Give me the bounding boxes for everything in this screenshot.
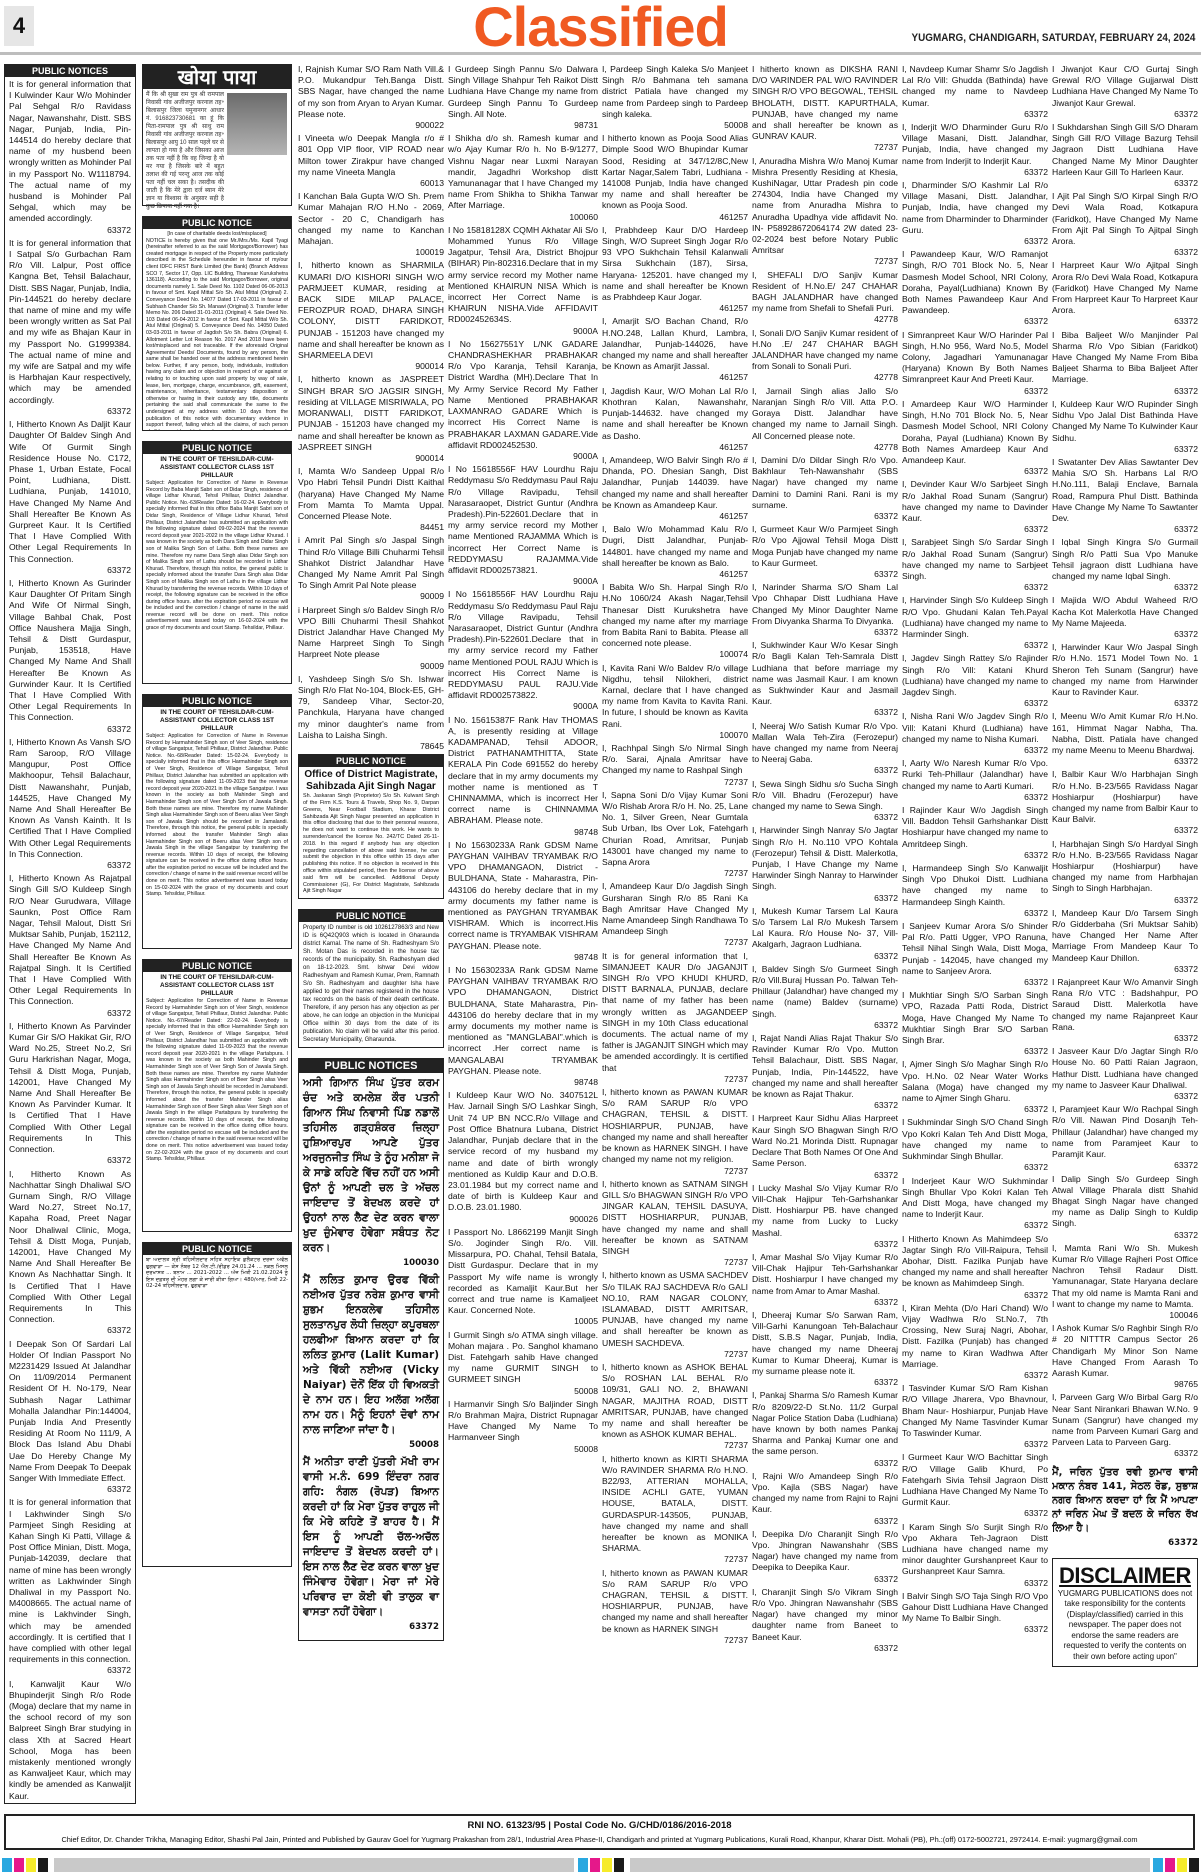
- ad-code: 63372: [902, 792, 1048, 803]
- classified-ad: I Swatanter Dev Alias Sawtanter Dev Mahi…: [1052, 457, 1198, 535]
- ad-code: 100070: [602, 730, 748, 741]
- classified-ad: I No 15627551Y L/NK GADARE CHANDRASHEKHA…: [448, 339, 598, 462]
- ad-text: i Harpreet Singh s/o Baldev Singh R/o VP…: [298, 605, 444, 661]
- ad-text: I, Ajmer Singh S/o Maghar Singh R/o Vpo.…: [902, 1059, 1048, 1104]
- ad-text: I Majida W/O Abdul Waheed R/O Kacha Kot …: [1052, 595, 1198, 629]
- classified-ad: I No. 15615387F Rank Hav THOMAS A, is pr…: [448, 715, 598, 838]
- classified-ad: I Balvir Singh S/O Taja Singh R/O Vpo Ga…: [902, 1591, 1048, 1636]
- ad-code: 100019: [298, 247, 444, 258]
- ad-code: 100060: [448, 212, 598, 223]
- ad-code: 63372: [1052, 1448, 1198, 1459]
- ad-text: I, Hitherto Known As Parvinder Kumar Gir…: [9, 1021, 131, 1155]
- classified-ad: It is for general information that I, SI…: [602, 951, 748, 1085]
- ad-code: 63372: [752, 893, 898, 904]
- ad-code: 78645: [298, 741, 444, 752]
- ad-text: I, Mamta Rani W/o Sh. Mukesh Kumar R/o V…: [1052, 1243, 1198, 1310]
- ad-code: 63372: [9, 1155, 131, 1166]
- classified-ad: I, Mamta Rani W/o Sh. Mukesh Kumar R/o V…: [1052, 1243, 1198, 1321]
- ad-code: 50008: [448, 1444, 598, 1455]
- classified-ad: I, hitherto known as JASPREET SINGH BRAR…: [298, 374, 444, 464]
- ad-code: 72737: [752, 142, 898, 153]
- ad-code: 63372: [9, 724, 131, 735]
- ad-text: I, Kavita Rani W/o Baldev R/o village Ni…: [602, 663, 748, 730]
- ad-text: I Rajinder Kaur W/o Jagdish Singh Vill. …: [902, 805, 1048, 850]
- column-public-notices: PUBLIC NOTICES It is for general informa…: [4, 64, 136, 1804]
- ad-text: I, Amar Mashal S/o Vijay Kumar R/o Vill-…: [752, 1252, 898, 1297]
- ad-text: It is for general information that I Sat…: [9, 238, 131, 406]
- notice-header: PUBLIC NOTICE: [299, 755, 443, 767]
- ad-text: I, Rajat Nandi Alias Rajat Thakur S/o Ra…: [752, 1033, 898, 1100]
- yellow-swatch: [1177, 1858, 1187, 1872]
- ad-code: 63372: [752, 1516, 898, 1527]
- ad-text: I, hitherto known as KIRTI SHARMA W/o RA…: [602, 1454, 748, 1555]
- ad-code: 72737: [602, 868, 748, 879]
- classified-ad: I, Neeraj W/o Satish Kumar R/o Vpo. Mall…: [752, 721, 898, 777]
- ad-code: 72737: [602, 937, 748, 948]
- ad-code: 63372: [902, 466, 1048, 477]
- classified-ad: I, Rajni W/o Amandeep Singh R/o Vpo. Kaj…: [752, 1471, 898, 1527]
- classified-ad: I, Deepika D/o Charanjit Singh R/o Vpo. …: [752, 1529, 898, 1585]
- ad-text: I Balvir Singh S/O Taja Singh R/O Vpo Ga…: [902, 1591, 1048, 1625]
- ad-code: 63372: [1052, 444, 1198, 455]
- classified-ad: I Gurmeet Kaur W/O Bachittar Singh R/O V…: [902, 1452, 1048, 1519]
- ad-text: I, Hitherto Known As Daljit Kaur Daughte…: [9, 419, 131, 565]
- classified-ad: I Harpreet Kaur W/o Ajitpal Singh Arora …: [1052, 260, 1198, 327]
- court-title: IN THE COURT OF TEHSILDAR-CUM-ASSISTANT …: [146, 709, 288, 733]
- ad-code: 63372: [9, 1325, 131, 1336]
- ad-text: I Sanjeev Kumar Arora S/o Shinder Pal R/…: [902, 921, 1048, 977]
- ad-code: 63372: [752, 1458, 898, 1469]
- ad-text: I, Aarty W/o Naresh Kumar R/o Vpo. Rurki…: [902, 758, 1048, 792]
- classified-ad: I No 15818128X CQMH Akhatar Ali S/o Moha…: [448, 225, 598, 337]
- public-notice-court-2: PUBLIC NOTICE IN THE COURT OF TEHSILDAR-…: [142, 694, 292, 949]
- ad-code: 98731: [448, 120, 598, 131]
- ad-code: 72737: [602, 1554, 748, 1565]
- cyan-swatch: [578, 1858, 588, 1872]
- classified-ad: I Simranpreet Kaur W/O Harinder Pal Sing…: [902, 330, 1048, 397]
- classified-ad: I, Dheeraj Kumar S/o Sarwan Ram, Vill-Ga…: [752, 1310, 898, 1388]
- ad-text: I, Sapna Soni D/o Vijay Kumar Soni W/o R…: [602, 790, 748, 868]
- ad-text: ਅਸੀ ਗਿਆਨ ਸਿੰਘ ਪੁੱਤਰ ਕਰਮ ਚੰਦ ਅਤੇ ਕਮਲੇਸ਼ ਕ…: [303, 1076, 439, 1256]
- ad-text: I, Narinder Sharma S/O Sham Lal Vpo Chha…: [752, 582, 898, 627]
- cyan-swatch: [1153, 1858, 1163, 1872]
- classified-ad: I, hitherto known as KIRTI SHARMA W/o RA…: [602, 1454, 748, 1566]
- classified-ad: ਮੈਂ ਅਨੀਤਾ ਰਾਣੀ ਪੁੱਤਰੀ ਮੱਖੀ ਰਾਮ ਵਾਸੀ ਮ.ਨੰ…: [303, 1455, 439, 1635]
- ad-code: 42778: [752, 442, 898, 453]
- cyan-swatch: [2, 1858, 12, 1872]
- classified-ad: I No 15618556F HAV Lourdhu Raju Reddymas…: [448, 589, 598, 712]
- classified-ad: I Kuldeep Kaur W/O No. 3407512L Hav. Jar…: [448, 1090, 598, 1224]
- classified-ad: I Inderjeet Kaur W/O Sukhmindar Singh Bh…: [902, 1176, 1048, 1232]
- ad-text: I Gurmit Singh s/o ATMA singh village. M…: [448, 1330, 598, 1386]
- ad-text: I, Gurmeet Kaur W/o Parmjeet Singh R/o V…: [752, 524, 898, 569]
- classified-ad: I Sanjeev Kumar Arora S/o Shinder Pal R/…: [902, 921, 1048, 988]
- ad-text: I Kuldeep Kaur W/O No. 3407512L Hav. Jar…: [448, 1090, 598, 1213]
- ad-code: 63372: [752, 1643, 898, 1654]
- classified-ad: I, Rajat Nandi Alias Rajat Thakur S/o Ra…: [752, 1033, 898, 1111]
- classified-ad: I, Kiran Mehta (D/o Hari Chand) W/o Vija…: [902, 1303, 1048, 1381]
- notice-body: NOTICE is hereby given that one Mr./Mrs.…: [146, 238, 288, 431]
- classified-ad: I, Pankaj Sharma S/o Ramesh Kumar R/o 82…: [752, 1390, 898, 1468]
- ad-text: I, Hitherto Known As Rajatpal Singh Gill…: [9, 873, 131, 1007]
- yellow-swatch: [602, 1858, 612, 1872]
- notice-body: Property ID number is old 1026127863/3 a…: [303, 924, 439, 1044]
- ad-text: I, Kiran Mehta (D/o Hari Chand) W/o Vija…: [902, 1303, 1048, 1370]
- ad-text: I Tasvinder Kumar S/O Ram Kishan R/O Vil…: [902, 1383, 1048, 1439]
- classified-ad: I Rajinder Kaur W/o Jagdish Singh Vill. …: [902, 805, 1048, 861]
- ad-code: 63372: [1052, 582, 1198, 593]
- ad-code: 63372: [752, 765, 898, 776]
- classified-ad: I Sukhmindar Singh S/O Chand Singh Vpo K…: [902, 1117, 1048, 1173]
- ad-text: I, hitherto known as SHARMILA KUMARI D/O…: [298, 260, 444, 361]
- public-notice-court-1: PUBLIC NOTICE IN THE COURT OF TEHSILDAR-…: [142, 441, 292, 684]
- ad-text: I, Jagdev Singh Rattey S/o Rajinder Sing…: [902, 653, 1048, 698]
- classified-ad: I, Amar Mashal S/o Vijay Kumar R/o Vill-…: [752, 1252, 898, 1308]
- classified-ad: I, Amarjit S/O Bachan Chand, R/o H.NO.24…: [602, 316, 748, 383]
- ad-code: 100074: [602, 649, 748, 660]
- ad-text: I, Harmandeep Singh S/o Kanwaljit Singh …: [902, 863, 1048, 908]
- person-photo: [227, 93, 287, 155]
- classified-ad: I, Hitherto Known As Rajatpal Singh Gill…: [9, 873, 131, 1019]
- ad-code: 63372: [9, 225, 131, 236]
- classified-ad: I, Devinder Kaur W/o Sarbjeet Singh R/o …: [902, 479, 1048, 535]
- ad-text: It is for general information that I, SI…: [602, 951, 748, 1074]
- classified-ad: I, Mamta W/o Sandeep Uppal R/o Vpo Habri…: [298, 466, 444, 533]
- ad-text: I, Nisha Rani W/o Jagdev Singh R/o Vill:…: [902, 711, 1048, 745]
- ad-code: 63372: [303, 1620, 439, 1635]
- ad-code: 63372: [902, 1370, 1048, 1381]
- ad-code: 63372: [1052, 109, 1198, 120]
- ad-code: 461257: [602, 303, 748, 314]
- classified-ad: I, SHEFALI D/O Sanjiv Kumar Resident of …: [752, 270, 898, 326]
- ad-text: I Lucky Mashal S/o Vijay Kumar R/o Vill-…: [752, 1183, 898, 1239]
- classified-ad: I, Sukhwinder Kaur W/o Kesar Singh R/o B…: [752, 640, 898, 718]
- ad-text: I, Yashdeep Singh S/o Sh. Ishwar Singh R…: [298, 674, 444, 741]
- classified-ad: I Deepak Son Of Sardari Lal Holder Of In…: [9, 1339, 131, 1496]
- column-6: I hitherto known as DIKSHA RANI D/O VARI…: [752, 64, 898, 1804]
- ad-text: I, hitherto known as ASHOK BEHAL S/o ROS…: [602, 1362, 748, 1440]
- ad-text: I Harmanvir Singh S/o Baljinder Singh R/…: [448, 1399, 598, 1444]
- classified-ad: I, Parveen Garg W/o Birbal Garg R/o Near…: [1052, 1392, 1198, 1459]
- black-swatch: [614, 1858, 624, 1872]
- classified-ad: I, Jagdev Singh Rattey S/o Rajinder Sing…: [902, 653, 1048, 709]
- ad-code: 9000A: [448, 451, 598, 462]
- classified-ad: I, Navdeep Kumar Shamr S/o Jagdish Lal R…: [902, 64, 1048, 120]
- magenta-swatch: [14, 1858, 24, 1872]
- ad-code: 63372: [1052, 698, 1198, 709]
- ad-code: 63372: [902, 236, 1048, 247]
- ad-code: 63372: [902, 524, 1048, 535]
- black-swatch: [1189, 1858, 1199, 1872]
- ad-code: 42778: [752, 372, 898, 383]
- ad-code: 63372: [1052, 247, 1198, 258]
- ad-code: 63372: [902, 386, 1048, 397]
- classified-ad: It is for general information that I Sat…: [9, 238, 131, 417]
- classified-ad: I Harpreet Kaur Sidhu Alias Harpreet Kau…: [752, 1113, 898, 1180]
- ad-code: 50008: [303, 1438, 439, 1453]
- classified-ad: I, Kuldeep Kaur W/O Rupinder Singh Sidhu…: [1052, 399, 1198, 455]
- ad-text: I Mukhtiar Singh S/O Sarban Singh VPO, R…: [902, 990, 1048, 1046]
- public-notice-court-3: PUBLIC NOTICE IN THE COURT OF TEHSILDAR-…: [142, 959, 292, 1232]
- ad-text: I Iqbal Singh Kingra S/o Gurmail Singh R…: [1052, 537, 1198, 582]
- classified-ad: I, Sapna Soni D/o Vijay Kumar Soni W/o R…: [602, 790, 748, 880]
- ad-text: I, Harwinder Kaur W/o Jaspal Singh R/o H…: [1052, 642, 1198, 698]
- ad-text: I, Amarjit S/O Bachan Chand, R/o H.NO.24…: [602, 316, 748, 372]
- khoya-paya-box: खोया पाया मैं कि श्री सुखा राम पुत्र श्र…: [142, 64, 292, 206]
- ad-code: 63372: [902, 908, 1048, 919]
- ad-list: ਅਸੀ ਗਿਆਨ ਸਿੰਘ ਪੁੱਤਰ ਕਰਮ ਚੰਦ ਅਤੇ ਕਮਲੇਸ਼ ਕ…: [303, 1076, 439, 1635]
- ad-code: 98765: [1052, 1379, 1198, 1390]
- ad-code: 60013: [298, 178, 444, 189]
- classified-ad: I, hitherto known as USMA SACHDEV S/o TI…: [602, 1270, 748, 1360]
- ad-code: 63372: [902, 698, 1048, 709]
- ad-code: 63372: [902, 850, 1048, 861]
- court-title: IN THE COURT OF TEHSILDAR-CUM-ASSISTANT …: [146, 974, 288, 998]
- ad-code: 63372: [902, 1439, 1048, 1450]
- classified-ad: I, Harbhajan Singh S/o Hardyal Singh R/o…: [1052, 839, 1198, 906]
- ad-code: 63372: [902, 977, 1048, 988]
- ad-code: 63372: [752, 707, 898, 718]
- classified-ad: I, Rachhpal Singh S/o Nirmal Singh R/o. …: [602, 743, 748, 788]
- classified-ad: I, Mukesh Kumar Tarsem Lal Kaura S/o Tar…: [752, 906, 898, 962]
- ad-text: I hitherto known as DIKSHA RANI D/O VARI…: [752, 64, 898, 142]
- ad-list: I, Pardeep Singh Kaleka S/o Manjeet Sing…: [602, 64, 748, 1646]
- classified-ad: I, Balbir Kaur W/o Harbhajan Singh R/o H…: [1052, 769, 1198, 836]
- classified-ad: I hitherto known as Pooja Sood Alias Dim…: [602, 133, 748, 223]
- classified-ad: I, Jagdish Kaur, W/O Mohan Lal R/o Khoth…: [602, 386, 748, 453]
- ad-code: 63372: [9, 1008, 131, 1019]
- notice-header: PUBLIC NOTICE: [143, 695, 291, 707]
- ad-text: I, Harvinder Singh S/o Kuldeep Singh R/O…: [902, 595, 1048, 640]
- ad-code: 63372: [902, 1162, 1048, 1173]
- classified-ad: I, Inderjit W/O Dharminder Guru R/o Vill…: [902, 122, 1048, 178]
- classified-ad: i Harpreet Singh s/o Baldev Singh R/o VP…: [298, 605, 444, 672]
- ad-text: I Rajanpreet Kaur W/o Amanvir Singh Rana…: [1052, 977, 1198, 1033]
- classified-ad: I No 15630233A Rank GDSM Name PAYGHAN VA…: [448, 965, 598, 1088]
- ad-text: I, Parveen Garg W/o Birbal Garg R/o Near…: [1052, 1392, 1198, 1448]
- ad-code: 63372: [752, 569, 898, 580]
- ad-code: 63372: [902, 582, 1048, 593]
- column-4: I Gurdeep Singh Pannu S/o Dalwara Singh …: [448, 64, 598, 1804]
- ad-text: I Pawandeep Kaur, W/O Ramanjot Singh, R/…: [902, 249, 1048, 316]
- ad-code: 72737: [752, 256, 898, 267]
- ad-text: I, Rachhpal Singh S/o Nirmal Singh R/o. …: [602, 743, 748, 777]
- ad-text: I, Hitherto Known As Gurinder Kaur Daugh…: [9, 578, 131, 724]
- ad-text: I Ajit Pal Singh S/O Kirpal Singh R/O De…: [1052, 191, 1198, 247]
- disclaimer-box: DISCLAIMER YUGMARG PUBLICATIONS does not…: [1052, 1558, 1198, 1668]
- ad-code: 900026: [448, 1214, 598, 1225]
- classified-ad: I No 15630233A Rank GDSM Name PAYGHAN VA…: [448, 840, 598, 963]
- ad-code: 63372: [1052, 895, 1198, 906]
- ad-code: 98748: [448, 827, 598, 838]
- ad-text: I, Anuradha Mishra W/o Manoj Kumar Mishr…: [752, 156, 898, 257]
- ad-text: I, Meenu W/o Amit Kumar R/o H.No. 161, H…: [1052, 711, 1198, 756]
- dateline: YUGMARG, CHANDIGARH, SATURDAY, FEBRUARY …: [911, 32, 1195, 44]
- ad-text: I, Harbhajan Singh S/o Hardyal Singh R/o…: [1052, 839, 1198, 895]
- ad-text: I Harpreet Kaur W/o Ajitpal Singh Arora …: [1052, 260, 1198, 316]
- classified-ad: I Biba Baljeet W/o Manjinder Pal Sharma …: [1052, 330, 1198, 397]
- ad-text: I Biba Baljeet W/o Manjinder Pal Sharma …: [1052, 330, 1198, 386]
- ad-list: I Gurdeep Singh Pannu S/o Dalwara Singh …: [448, 64, 598, 1455]
- ad-text: I, Sonali D/O Sanjiv Kumar resident of H…: [752, 328, 898, 373]
- ad-text: I, Deepika D/o Charanjit Singh R/o Vpo. …: [752, 1529, 898, 1574]
- rni-line: RNI NO. 61323/95 | Postal Code No. G/CHD…: [6, 1820, 1193, 1831]
- ad-code: 100046: [1052, 1310, 1198, 1321]
- disclaimer-body: YUGMARG PUBLICATIONS does not take respo…: [1057, 1589, 1193, 1663]
- classified-ad: I, Amandeep Kaur D/o Jagdish Singh Gursh…: [602, 881, 748, 948]
- yellow-swatch: [26, 1858, 36, 1872]
- ad-text: I Karam Singh S/o Surjit Singh R/o Vpo A…: [902, 1522, 1048, 1578]
- classified-ad: I Babita W/o Sh. Harpal Singh R/o H.No 1…: [602, 582, 748, 660]
- ad-list: I hitherto known as DIKSHA RANI D/O VARI…: [752, 64, 898, 1654]
- ad-text: I Deepak Son Of Sardari Lal Holder Of In…: [9, 1339, 131, 1485]
- ad-code: 63372: [752, 1170, 898, 1181]
- ad-code: 90009: [298, 661, 444, 672]
- classified-ad: I hitherto known as DIKSHA RANI D/O VARI…: [752, 64, 898, 154]
- classified-ad: I Gurmit Singh s/o ATMA singh village. M…: [448, 1330, 598, 1397]
- ad-text: I, Hitherto Known As Vansh S/O Ram Saroo…: [9, 737, 131, 860]
- ad-code: 63372: [1052, 1091, 1198, 1102]
- ad-code: 63372: [902, 1578, 1048, 1589]
- ad-text: I, Neeraj W/o Satish Kumar R/o Vpo. Mall…: [752, 721, 898, 766]
- gray-bar: [54, 1858, 574, 1872]
- section-header: PUBLIC NOTICES: [5, 65, 135, 77]
- ad-text: ਮੈਂ, ਜਰਿਨ ਪੁੱਤਰ ਰਵੀ ਕੁਮਾਰ ਵਾਸੀ ਮਕਾਨ ਨੰਬਰ…: [1052, 1466, 1198, 1536]
- classified-ad: I Shikha d/o sh. Ramesh kumar and w/o Aj…: [448, 133, 598, 223]
- ad-code: 63372: [1052, 629, 1198, 640]
- classified-ad: I, Ajmer Singh S/o Maghar Singh R/o Vpo.…: [902, 1059, 1048, 1115]
- classified-ad: I, Balo W/o Mohammad Kalu R/o Dugri, Dis…: [602, 524, 748, 580]
- ad-code: 63372: [1052, 386, 1198, 397]
- ad-code: 63372: [752, 1020, 898, 1031]
- classified-ad: I Pawandeep Kaur, W/O Ramanjot Singh, R/…: [902, 249, 1048, 327]
- property-notice: PUBLIC NOTICE Property ID number is old …: [298, 909, 444, 1048]
- ad-text: I Jasveer Kaur D/o Jagtar Singh R/o Hous…: [1052, 1046, 1198, 1091]
- classified-ad: I, hitherto known as PAWAN KUMAR S/o RAM…: [602, 1087, 748, 1177]
- classified-ad: I, Hitherto Known As Daljit Kaur Daughte…: [9, 419, 131, 576]
- court-title: IN THE COURT OF TEHSILDAR-CUM-ASSISTANT …: [146, 456, 288, 480]
- gray-bar: [630, 1858, 1150, 1872]
- ad-text: I, Prabhdeep Kaur D/O Hardeep Singh, W/O…: [602, 225, 748, 303]
- ad-code: 63372: [902, 1508, 1048, 1519]
- classified-ad: It is for general information that I Lak…: [9, 1497, 131, 1676]
- ad-text: I Gurmeet Kaur W/O Bachittar Singh R/O V…: [902, 1452, 1048, 1508]
- ad-text: I Simranpreet Kaur W/O Harinder Pal Sing…: [902, 330, 1048, 386]
- ad-text: I Shikha d/o sh. Ramesh kumar and w/o Aj…: [448, 133, 598, 211]
- ad-text: I Amardeep Kaur W/O Harminder Singh, H.N…: [902, 399, 1048, 466]
- ad-text: I, Baldev Singh S/o Gurmeet Singh R/o Vi…: [752, 964, 898, 1020]
- ad-code: 72737: [602, 1166, 748, 1177]
- ad-text: I, Amandeep Kaur D/o Jagdish Singh Gursh…: [602, 881, 748, 937]
- ad-code: 63372: [1052, 825, 1198, 836]
- notice-body: Sh. Jaskaran Singh (Proprietor) S/o Sh. …: [303, 793, 439, 895]
- ad-text: I, Jarnail Singh alias Jallo S/o Naranja…: [752, 386, 898, 442]
- ad-code: 63372: [902, 1046, 1048, 1057]
- ad-text: I No. 15615387F Rank Hav THOMAS A, is pr…: [448, 715, 598, 827]
- classified-ad: I Mukhtiar Singh S/O Sarban Singh VPO, R…: [902, 990, 1048, 1057]
- classified-ad: I, hitherto known as SHARMILA KUMARI D/O…: [298, 260, 444, 372]
- notice-header: PUBLIC NOTICE: [143, 1243, 291, 1255]
- ad-code: 63372: [752, 627, 898, 638]
- ad-code: 63372: [1052, 1230, 1198, 1241]
- ad-code: 461257: [602, 511, 748, 522]
- classified-ad: I, Kavita Rani W/o Baldev R/o village Ni…: [602, 663, 748, 741]
- ad-code: 98748: [448, 1077, 598, 1088]
- ad-text: I Sukhmindar Singh S/O Chand Singh Vpo K…: [902, 1117, 1048, 1162]
- classified-ad: I Sukhdarshan Singh Gill S/O Dharam Sing…: [1052, 122, 1198, 189]
- classified-ad: I, hitherto known as ASHOK BEHAL S/o ROS…: [602, 1362, 748, 1452]
- classified-ad: I, Hitherto Known As Vansh S/O Ram Saroo…: [9, 737, 131, 871]
- classified-ad: I, Gurmeet Kaur W/o Parmjeet Singh R/o V…: [752, 524, 898, 580]
- ad-text: I Gurdeep Singh Pannu S/o Dalwara Singh …: [448, 64, 598, 120]
- ad-text: I, hitherto known as JASPREET SINGH BRAR…: [298, 374, 444, 452]
- classified-ad: I Rajanpreet Kaur W/o Amanvir Singh Rana…: [1052, 977, 1198, 1044]
- ad-text: I No 15618556F HAV Lourdhu Raju Reddymas…: [448, 589, 598, 701]
- ad-text: I, Devinder Kaur W/o Sarbjeet Singh R/o …: [902, 479, 1048, 524]
- classified-ad: I Tasvinder Kumar S/O Ram Kishan R/O Vil…: [902, 1383, 1048, 1450]
- ad-text: I, hitherto known as PAWAN KUMAR S/o RAM…: [602, 1568, 748, 1635]
- ad-text: I Inderjeet Kaur W/O Sukhmindar Singh Bh…: [902, 1176, 1048, 1221]
- classified-ad: I Amardeep Kaur W/O Harminder Singh, H.N…: [902, 399, 1048, 477]
- ad-text: I, Dheeraj Kumar S/o Sarwan Ram, Vill-Ga…: [752, 1310, 898, 1377]
- ad-code: 63372: [1052, 964, 1198, 975]
- classified-ad: I Vineeta w/o Deepak Mangla r/o # 801 Op…: [298, 133, 444, 189]
- ad-code: 10005: [448, 1316, 598, 1327]
- classified-ad: I, Narinder Sharma S/O Sham Lal Vpo Chha…: [752, 582, 898, 638]
- classified-ad: I, Harwinder Singh Nanray S/o Jagtar Sin…: [752, 825, 898, 903]
- classified-ad: I Jiwanjot Kaur C/O Gurtaj Singh Grewal …: [1052, 64, 1198, 120]
- ad-text: I, Pankaj Sharma S/o Ramesh Kumar R/o 82…: [752, 1390, 898, 1457]
- ad-code: 63372: [1052, 756, 1198, 767]
- classified-ad: I, Pardeep Singh Kaleka S/o Manjeet Sing…: [602, 64, 748, 131]
- ad-code: 63372: [752, 1239, 898, 1250]
- classified-ad: I, Dharminder S/O Kashmir Lal R/o Villag…: [902, 180, 1048, 247]
- ad-code: 63372: [752, 1297, 898, 1308]
- ad-code: 63372: [9, 565, 131, 576]
- print-registration-bar: [0, 1856, 1201, 1874]
- ad-text: I, Sukhwinder Kaur W/o Kesar Singh R/o B…: [752, 640, 898, 707]
- classified-ad: I, Sarabjeet Singh S/o Sardar Singh R/o …: [902, 537, 1048, 593]
- classified-ad: I, Hitherto Known As Parvinder Kumar Gir…: [9, 1021, 131, 1167]
- ad-text: I, Navdeep Kumar Shamr S/o Jagdish Lal R…: [902, 64, 1048, 109]
- public-notice-punjabi: PUBLIC NOTICE ਬਾ ਅਦਾਲਤ ਸ਼੍ਰੀ ਤਹਿਸੀਲਦਾਰ ਸ…: [142, 1242, 292, 1567]
- ad-code: 63372: [752, 1100, 898, 1111]
- ad-code: 900022: [298, 120, 444, 131]
- ad-text: I Jiwanjot Kaur C/O Gurtaj Singh Grewal …: [1052, 64, 1198, 109]
- ad-text: I, hitherto known as USMA SACHDEV S/o TI…: [602, 1270, 748, 1348]
- masthead-divider: [0, 52, 1201, 55]
- ad-text: I, Pardeep Singh Kaleka S/o Manjeet Sing…: [602, 64, 748, 120]
- ad-list: I, Navdeep Kumar Shamr S/o Jagdish Lal R…: [902, 64, 1048, 1636]
- ad-code: 72737: [602, 1349, 748, 1360]
- ad-text: I, Rajnish Kumar S/O Ram Nath Vill.& P.O…: [298, 64, 444, 120]
- classified-ad: I, Charanjit Singh S/o Vikram Singh R/o …: [752, 1587, 898, 1654]
- ad-text: I Ashok Kumar S/o Raghbir Singh R/o # 20…: [1052, 1323, 1198, 1379]
- classified-ad: ਮੈਂ ਲਲਿਤ ਕੁਮਾਰ ਉਰਫ ਵਿੱਕੀ ਨਈਅਰ ਪੁੱਤਰ ਨਰੇਸ…: [303, 1273, 439, 1453]
- classified-ad: I, Mandeep Kaur D/o Tarsem Singh R/o Gid…: [1052, 908, 1198, 975]
- ad-text: I, Inderjit W/O Dharminder Guru R/o Vill…: [902, 122, 1048, 167]
- disclaimer-title: DISCLAIMER: [1057, 1563, 1193, 1589]
- ad-code: 63372: [9, 860, 131, 871]
- ad-code: 90009: [298, 591, 444, 602]
- classified-ad: I, Kanwaljit Kaur W/o Bhupinderjit Singh…: [9, 1679, 131, 1804]
- classified-ad: I, Prabhdeep Kaur D/O Hardeep Singh, W/O…: [602, 225, 748, 315]
- ad-code: 63372: [9, 1665, 131, 1676]
- ad-code: 63372: [902, 1104, 1048, 1115]
- ad-text: I No 15630233A Rank GDSM Name PAYGHAN VA…: [448, 840, 598, 952]
- magenta-swatch: [1165, 1858, 1175, 1872]
- ad-code: 63372: [902, 316, 1048, 327]
